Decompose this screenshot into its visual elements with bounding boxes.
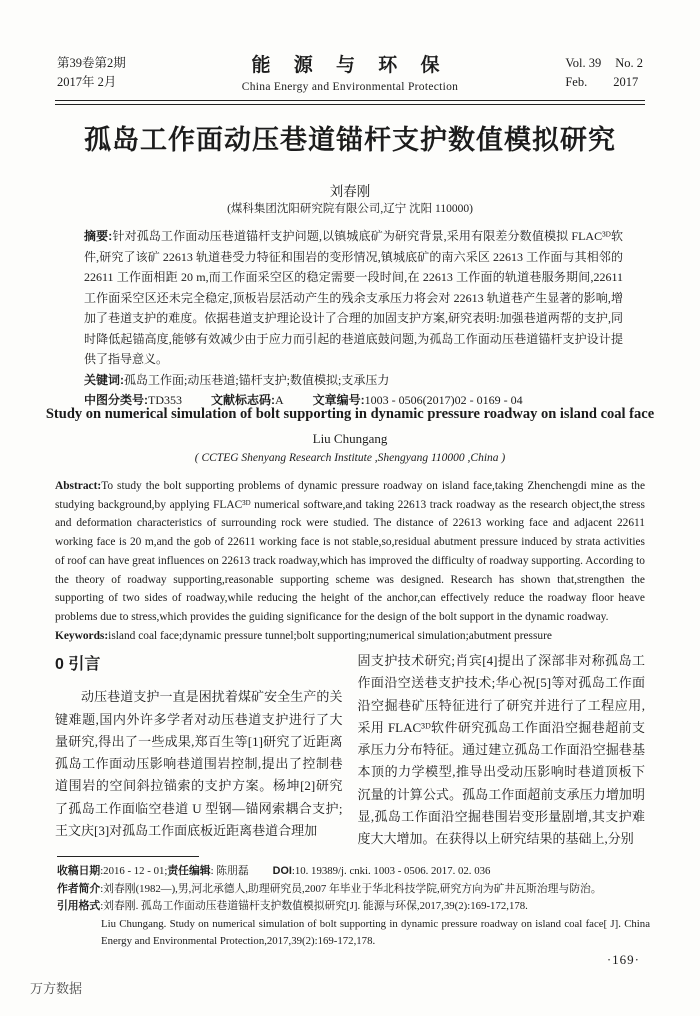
author-bio-line: 作者简介:刘春刚(1982—),男,河北承德人,助理研究员,2007 年毕业于华… — [57, 881, 650, 899]
page-number: ·169· — [607, 952, 640, 968]
affiliation-cn: (煤科集团沈阳研究院有限公司,辽宁 沈阳 110000) — [0, 200, 700, 216]
doi-label: DOI — [273, 865, 292, 877]
received-value: :2016 - 12 - 01; — [100, 865, 167, 877]
doc-code-label: 文献标志码: — [211, 393, 275, 407]
doi-value: :10. 19389/j. cnki. 1003 - 0506. 2017. 0… — [292, 865, 491, 877]
keywords-label-en: Keywords: — [55, 630, 108, 642]
footnote-block: 收稿日期:2016 - 12 - 01;责任编辑: 陈朋磊DOI:10. 193… — [57, 863, 650, 951]
body-paragraph-right: 固支护技术研究;肖宾[4]提出了深部非对称孤岛工作面沿空送巷支护技术;华心祝[5… — [358, 650, 646, 851]
citation-line-cn: 引用格式:刘春刚. 孤岛工作面动压巷道锚杆支护数值模拟研究[J]. 能源与环保,… — [57, 898, 650, 916]
author-name-en: Liu Chungang — [0, 431, 700, 447]
volume-number-line: Vol. 39No. 2 — [565, 54, 643, 73]
wanfang-watermark: 万方数据 — [30, 978, 82, 997]
clc-label: 中图分类号: — [84, 393, 148, 407]
section-heading-introduction: 0 引言 — [55, 654, 343, 676]
header-volume-info: Vol. 39No. 2 Feb.2017 — [565, 54, 643, 92]
abstract-paragraph-en: Abstract:To study the bolt supporting pr… — [55, 477, 645, 627]
abstract-paragraph-cn: 摘要:针对孤岛工作面动压巷道锚杆支护问题,以镇城底矿为研究背景,采用有限差分数值… — [84, 226, 623, 370]
keywords-line-cn: 关键词:孤岛工作面;动压巷道;锚杆支护;数值模拟;支承压力 — [84, 370, 623, 391]
received-date-line: 收稿日期:2016 - 12 - 01;责任编辑: 陈朋磊DOI:10. 193… — [57, 863, 650, 881]
received-label: 收稿日期 — [57, 865, 100, 877]
doc-code-value: A — [275, 393, 284, 407]
abstract-block-cn: 摘要:针对孤岛工作面动压巷道锚杆支护问题,以镇城底矿为研究背景,采用有限差分数值… — [84, 226, 623, 411]
no-label: No. 2 — [615, 56, 643, 70]
header-divider — [55, 100, 645, 105]
abstract-text-cn: 针对孤岛工作面动压巷道锚杆支护问题,以镇城底矿为研究背景,采用有限差分数值模拟 … — [84, 229, 623, 366]
clc-pair: 中图分类号:TD353 — [84, 393, 182, 407]
body-right-column: 固支护技术研究;肖宾[4]提出了深部非对称孤岛工作面沿空送巷支护技术;华心祝[5… — [358, 650, 646, 856]
vol-label: Vol. 39 — [565, 56, 601, 70]
affiliation-en: ( CCTEG Shenyang Research Institute ,She… — [0, 452, 700, 464]
article-id-value: 1003 - 0506(2017)02 - 0169 - 04 — [365, 393, 523, 407]
keywords-text-cn: 孤岛工作面;动压巷道;锚杆支护;数值模拟;支承压力 — [124, 373, 389, 387]
bio-value: :刘春刚(1982—),男,河北承德人,助理研究员,2007 年毕业于华北科技学… — [100, 883, 601, 895]
footnote-divider — [57, 856, 199, 857]
abstract-label-en: Abstract: — [55, 480, 101, 492]
abstract-label-cn: 摘要: — [84, 229, 112, 243]
year-label: 2017 — [613, 75, 638, 89]
clc-value: TD353 — [148, 393, 182, 407]
citation-line-en: Liu Chungang. Study on numerical simulat… — [57, 916, 650, 951]
article-id-pair: 文章编号:1003 - 0506(2017)02 - 0169 - 04 — [313, 393, 523, 407]
keywords-label-cn: 关键词: — [84, 373, 124, 387]
journal-page: 第39卷第2期 2017年 2月 能 源 与 环 保 China Energy … — [0, 0, 700, 1016]
article-id-label: 文章编号: — [313, 393, 365, 407]
doc-code-pair: 文献标志码:A — [211, 393, 284, 407]
month-label: Feb. — [565, 75, 587, 89]
bio-label: 作者简介 — [57, 883, 100, 895]
cite-label: 引用格式 — [57, 900, 100, 912]
editor-label: 责任编辑 — [167, 865, 210, 877]
article-title-cn: 孤岛工作面动压巷道锚杆支护数值模拟研究 — [0, 118, 700, 157]
cite-value: :刘春刚. 孤岛工作面动压巷道锚杆支护数值模拟研究[J]. 能源与环保,2017… — [100, 900, 528, 912]
abstract-block-en: Abstract:To study the bolt supporting pr… — [55, 477, 645, 645]
body-left-column: 0 引言 动压巷道支护一直是困扰着煤矿安全生产的关键难题,国内外许多学者对动压巷… — [55, 650, 343, 856]
author-name-cn: 刘春刚 — [0, 180, 700, 200]
keywords-text-en: island coal face;dynamic pressure tunnel… — [108, 630, 552, 642]
editor-value: : 陈朋磊 — [211, 865, 249, 877]
body-paragraph-left: 动压巷道支护一直是困扰着煤矿安全生产的关键难题,国内外许多学者对动压巷道支护进行… — [55, 686, 343, 842]
volume-date-line: Feb.2017 — [565, 73, 643, 92]
body-columns: 0 引言 动压巷道支护一直是困扰着煤矿安全生产的关键难题,国内外许多学者对动压巷… — [55, 650, 645, 856]
abstract-text-en: To study the bolt supporting problems of… — [55, 480, 645, 623]
article-title-en: Study on numerical simulation of bolt su… — [30, 406, 670, 423]
keywords-line-en: Keywords:island coal face;dynamic pressu… — [55, 627, 645, 646]
